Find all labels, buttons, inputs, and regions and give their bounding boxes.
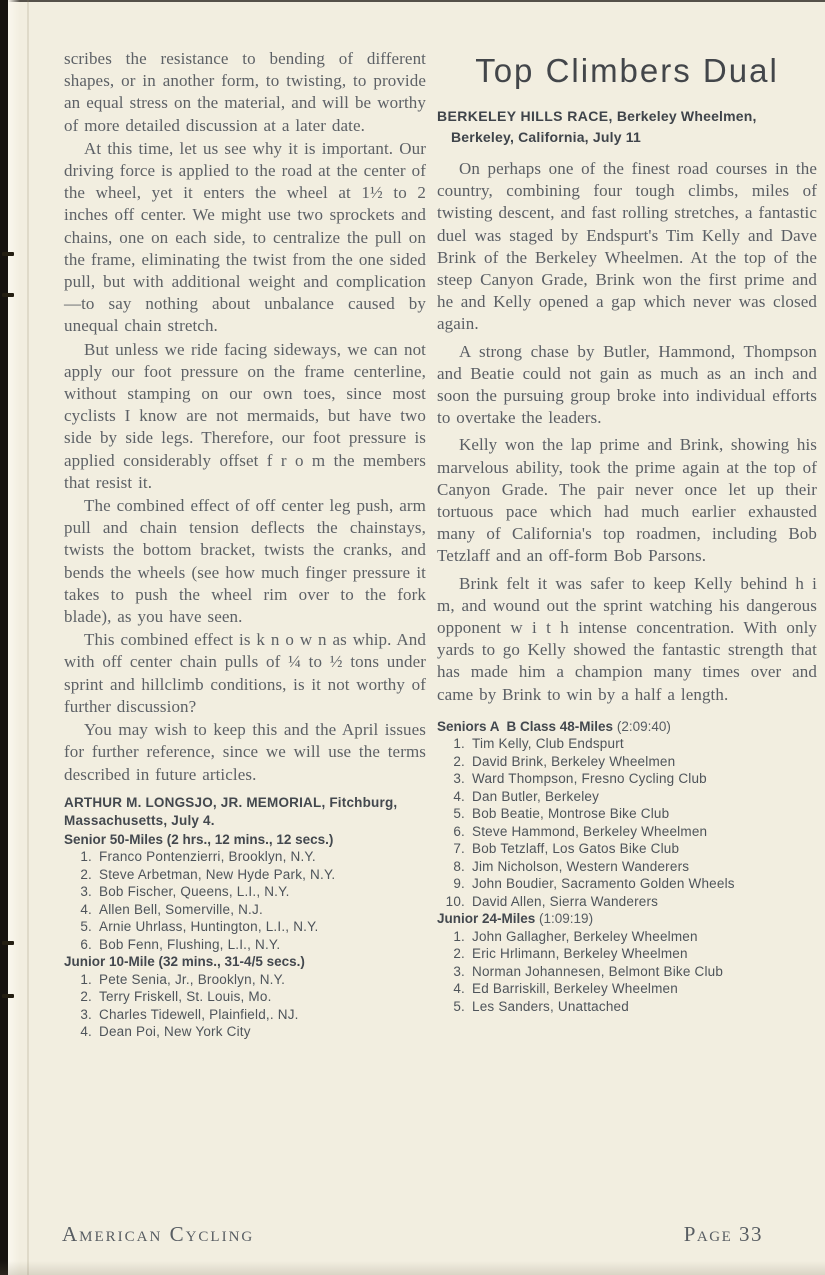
- result-item: 2.David Brink, Berkeley Wheelmen: [437, 753, 817, 771]
- result-item: 2.Terry Friskell, St. Louis, Mo.: [64, 988, 426, 1006]
- result-item: 1.John Gallagher, Berkeley Wheelmen: [437, 928, 817, 946]
- result-section-title: Junior 10-Mile (32 mins., 31-4/5 secs.): [64, 953, 426, 971]
- byline-club: Berkeley Wheelmen,: [613, 108, 757, 124]
- result-place-number: 2.: [437, 945, 472, 963]
- result-place-number: 10.: [437, 893, 472, 911]
- result-rider: Charles Tidewell, Plainfield,. NJ.: [99, 1006, 426, 1024]
- result-item: 4.Dean Poi, New York City: [64, 1023, 426, 1041]
- result-rider: David Brink, Berkeley Wheelmen: [472, 753, 817, 771]
- page-number: Page 33: [684, 1222, 763, 1247]
- result-item: 3.Bob Fischer, Queens, L.I., N.Y.: [64, 883, 426, 901]
- result-place-number: 5.: [437, 805, 472, 823]
- body-paragraph: On perhaps one of the finest road course…: [437, 158, 817, 336]
- result-item: 7.Bob Tetzlaff, Los Gatos Bike Club: [437, 840, 817, 858]
- body-paragraph: scribes the resistance to bending of dif…: [64, 48, 426, 137]
- result-rider: Steve Arbetman, New Hyde Park, N.Y.: [99, 866, 426, 884]
- left-race-results: ARTHUR M. LONGSJO, JR. MEMORIAL, Fitchbu…: [64, 794, 426, 1041]
- page-top-edge: [0, 0, 825, 2]
- result-rider: John Gallagher, Berkeley Wheelmen: [472, 928, 817, 946]
- result-place-number: 4.: [437, 788, 472, 806]
- result-rider: Tim Kelly, Club Endspurt: [472, 735, 817, 753]
- result-rider: Ward Thompson, Fresno Cycling Club: [472, 770, 817, 788]
- body-paragraph: You may wish to keep this and the April …: [64, 719, 426, 786]
- byline-line2: Berkeley, California, July 11: [437, 127, 817, 148]
- result-rider: Ed Barriskill, Berkeley Wheelmen: [472, 980, 817, 998]
- result-section-title: Junior 24-Miles (1:09:19): [437, 910, 817, 928]
- result-rider: Allen Bell, Somerville, N.J.: [99, 901, 426, 919]
- magazine-name: American Cycling: [62, 1222, 254, 1247]
- result-rider: Dean Poi, New York City: [99, 1023, 426, 1041]
- page-binding-edge: [0, 0, 8, 1275]
- result-item: 10.David Allen, Sierra Wanderers: [437, 893, 817, 911]
- result-rider: Bob Fischer, Queens, L.I., N.Y.: [99, 883, 426, 901]
- result-rider: Les Sanders, Unattached: [472, 998, 817, 1016]
- body-paragraph: Brink felt it was safer to keep Kelly be…: [437, 573, 817, 706]
- result-item: 5.Bob Beatie, Montrose Bike Club: [437, 805, 817, 823]
- result-rider: Bob Beatie, Montrose Bike Club: [472, 805, 817, 823]
- edge-mark: [2, 293, 14, 297]
- result-place-number: 1.: [437, 928, 472, 946]
- result-place-number: 3.: [64, 1006, 99, 1024]
- result-place-number: 2.: [64, 988, 99, 1006]
- right-race-results: Seniors A B Class 48-Miles (2:09:40)1.Ti…: [437, 718, 817, 1016]
- result-item: 2.Steve Arbetman, New Hyde Park, N.Y.: [64, 866, 426, 884]
- result-rider: John Boudier, Sacramento Golden Wheels: [472, 875, 817, 893]
- body-paragraph: This combined effect is k n o w n as whi…: [64, 629, 426, 718]
- body-paragraph: The combined effect of off center leg pu…: [64, 495, 426, 628]
- article-headline: Top Climbers Dual: [437, 52, 817, 90]
- result-item: 6.Bob Fenn, Flushing, L.I., N.Y.: [64, 936, 426, 954]
- result-rider: Eric Hrlimann, Berkeley Wheelmen: [472, 945, 817, 963]
- result-section-title: Senior 50-Miles (2 hrs., 12 mins., 12 se…: [64, 831, 426, 849]
- right-results-sections: Seniors A B Class 48-Miles (2:09:40)1.Ti…: [437, 718, 817, 1016]
- result-item: 5.Les Sanders, Unattached: [437, 998, 817, 1016]
- result-place-number: 2.: [64, 866, 99, 884]
- edge-mark: [2, 994, 14, 998]
- left-column: scribes the resistance to bending of dif…: [64, 48, 426, 1041]
- left-column-paragraphs: scribes the resistance to bending of dif…: [64, 48, 426, 786]
- result-place-number: 4.: [437, 980, 472, 998]
- result-item: 2.Eric Hrlimann, Berkeley Wheelmen: [437, 945, 817, 963]
- result-item: 4.Allen Bell, Somerville, N.J.: [64, 901, 426, 919]
- result-section-title: Seniors A B Class 48-Miles (2:09:40): [437, 718, 817, 736]
- result-rider: Arnie Uhrlass, Huntington, L.I., N.Y.: [99, 918, 426, 936]
- result-place-number: 4.: [64, 1023, 99, 1041]
- race-byline: BERKELEY HILLS RACE, Berkeley Wheelmen, …: [437, 106, 817, 148]
- page-bottom-shade: [0, 1261, 825, 1275]
- result-place-number: 6.: [64, 936, 99, 954]
- page-crease: [27, 0, 29, 1275]
- result-place-number: 7.: [437, 840, 472, 858]
- body-paragraph: A strong chase by Butler, Hammond, Thomp…: [437, 341, 817, 430]
- result-item: 6.Steve Hammond, Berkeley Wheelmen: [437, 823, 817, 841]
- result-rider: Franco Pontenzierri, Brooklyn, N.Y.: [99, 848, 426, 866]
- result-place-number: 6.: [437, 823, 472, 841]
- body-paragraph: Kelly won the lap prime and Brink, showi…: [437, 434, 817, 567]
- result-rider: Jim Nicholson, Western Wanderers: [472, 858, 817, 876]
- result-place-number: 1.: [64, 971, 99, 989]
- result-item: 1.Tim Kelly, Club Endspurt: [437, 735, 817, 753]
- result-place-number: 3.: [64, 883, 99, 901]
- result-item: 4.Dan Butler, Berkeley: [437, 788, 817, 806]
- result-place-number: 3.: [437, 770, 472, 788]
- result-item: 4.Ed Barriskill, Berkeley Wheelmen: [437, 980, 817, 998]
- result-rider: Bob Fenn, Flushing, L.I., N.Y.: [99, 936, 426, 954]
- result-item: 9.John Boudier, Sacramento Golden Wheels: [437, 875, 817, 893]
- edge-mark: [2, 941, 14, 945]
- right-column: Top Climbers Dual BERKELEY HILLS RACE, B…: [437, 50, 817, 1015]
- page-footer: American Cycling Page 33: [62, 1222, 763, 1247]
- result-rider: Terry Friskell, St. Louis, Mo.: [99, 988, 426, 1006]
- result-place-number: 5.: [64, 918, 99, 936]
- byline-line1: BERKELEY HILLS RACE, Berkeley Wheelmen,: [437, 106, 817, 127]
- result-rider: Norman Johannesen, Belmont Bike Club: [472, 963, 817, 981]
- result-item: 3.Norman Johannesen, Belmont Bike Club: [437, 963, 817, 981]
- result-rider: David Allen, Sierra Wanderers: [472, 893, 817, 911]
- result-rider: Steve Hammond, Berkeley Wheelmen: [472, 823, 817, 841]
- body-paragraph: At this time, let us see why it is impor…: [64, 138, 426, 338]
- result-item: 3.Charles Tidewell, Plainfield,. NJ.: [64, 1006, 426, 1024]
- byline-race-name: BERKELEY HILLS RACE,: [437, 108, 613, 124]
- race-title: ARTHUR M. LONGSJO, JR. MEMORIAL, Fitchbu…: [64, 794, 426, 830]
- result-place-number: 1.: [64, 848, 99, 866]
- result-item: 5.Arnie Uhrlass, Huntington, L.I., N.Y.: [64, 918, 426, 936]
- result-item: 3.Ward Thompson, Fresno Cycling Club: [437, 770, 817, 788]
- edge-mark: [2, 252, 14, 256]
- body-paragraph: But unless we ride facing sideways, we c…: [64, 339, 426, 494]
- result-place-number: 3.: [437, 963, 472, 981]
- result-place-number: 4.: [64, 901, 99, 919]
- result-item: 8.Jim Nicholson, Western Wanderers: [437, 858, 817, 876]
- left-results-sections: Senior 50-Miles (2 hrs., 12 mins., 12 se…: [64, 831, 426, 1041]
- result-item: 1.Pete Senia, Jr., Brooklyn, N.Y.: [64, 971, 426, 989]
- result-place-number: 2.: [437, 753, 472, 771]
- result-place-number: 1.: [437, 735, 472, 753]
- result-place-number: 8.: [437, 858, 472, 876]
- result-rider: Pete Senia, Jr., Brooklyn, N.Y.: [99, 971, 426, 989]
- result-place-number: 9.: [437, 875, 472, 893]
- result-rider: Bob Tetzlaff, Los Gatos Bike Club: [472, 840, 817, 858]
- right-column-paragraphs: On perhaps one of the finest road course…: [437, 158, 817, 706]
- page-edge-highlight: [8, 0, 20, 1275]
- result-place-number: 5.: [437, 998, 472, 1016]
- result-item: 1.Franco Pontenzierri, Brooklyn, N.Y.: [64, 848, 426, 866]
- result-rider: Dan Butler, Berkeley: [472, 788, 817, 806]
